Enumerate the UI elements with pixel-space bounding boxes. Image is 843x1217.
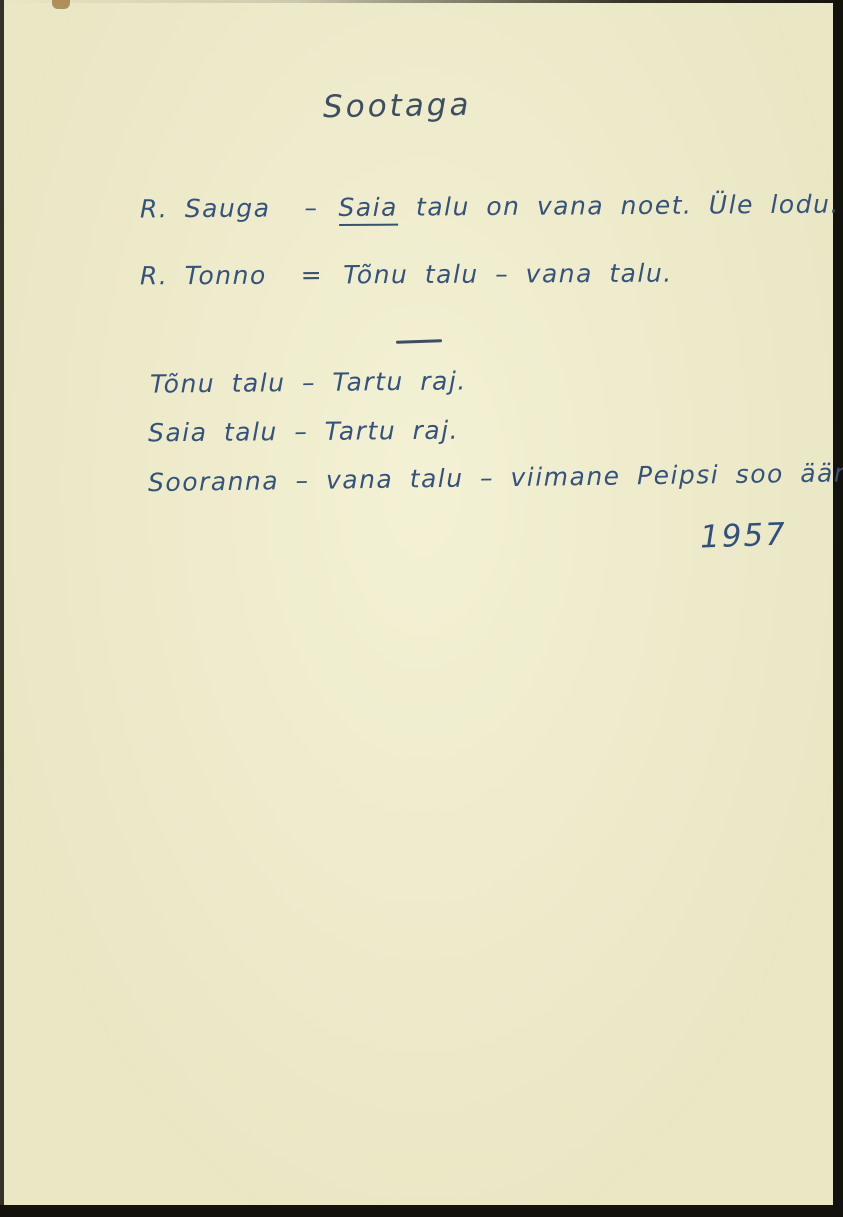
scan-edge-left	[0, 0, 4, 1217]
note-line: Sooranna – vana talu – viimane Peipsi so…	[148, 458, 843, 497]
scan-edge-right	[833, 0, 843, 1217]
equals-separator: =	[301, 260, 324, 289]
year-annotation: 1957	[699, 516, 787, 555]
scan-edge-bottom	[0, 1205, 843, 1217]
scan-edge-top	[0, 0, 843, 3]
paper-notch	[52, 0, 70, 9]
entry-text: talu on vana noet. Üle lodu.	[416, 190, 840, 222]
dash-separator: –	[304, 193, 318, 222]
section-divider-dash	[396, 339, 442, 344]
scanned-note-page: Sootaga R. Sauga – Saia talu on vana noe…	[0, 0, 843, 1217]
page-title: Sootaga	[323, 87, 472, 126]
underlined-farm-name: Saia	[338, 193, 398, 226]
entry-line-sauga: R. Sauga – Saia talu on vana noet. Üle l…	[140, 190, 840, 228]
informant-name: R. Sauga	[140, 194, 271, 224]
informant-name: R. Tonno	[140, 261, 267, 291]
entry-line-tonno: R. Tonno = Tõnu talu – vana talu.	[140, 259, 673, 291]
entry-text: Tõnu talu – vana talu.	[343, 259, 673, 290]
note-line: Tõnu talu – Tartu raj.	[150, 366, 467, 398]
note-line: Saia talu – Tartu raj.	[148, 416, 459, 448]
